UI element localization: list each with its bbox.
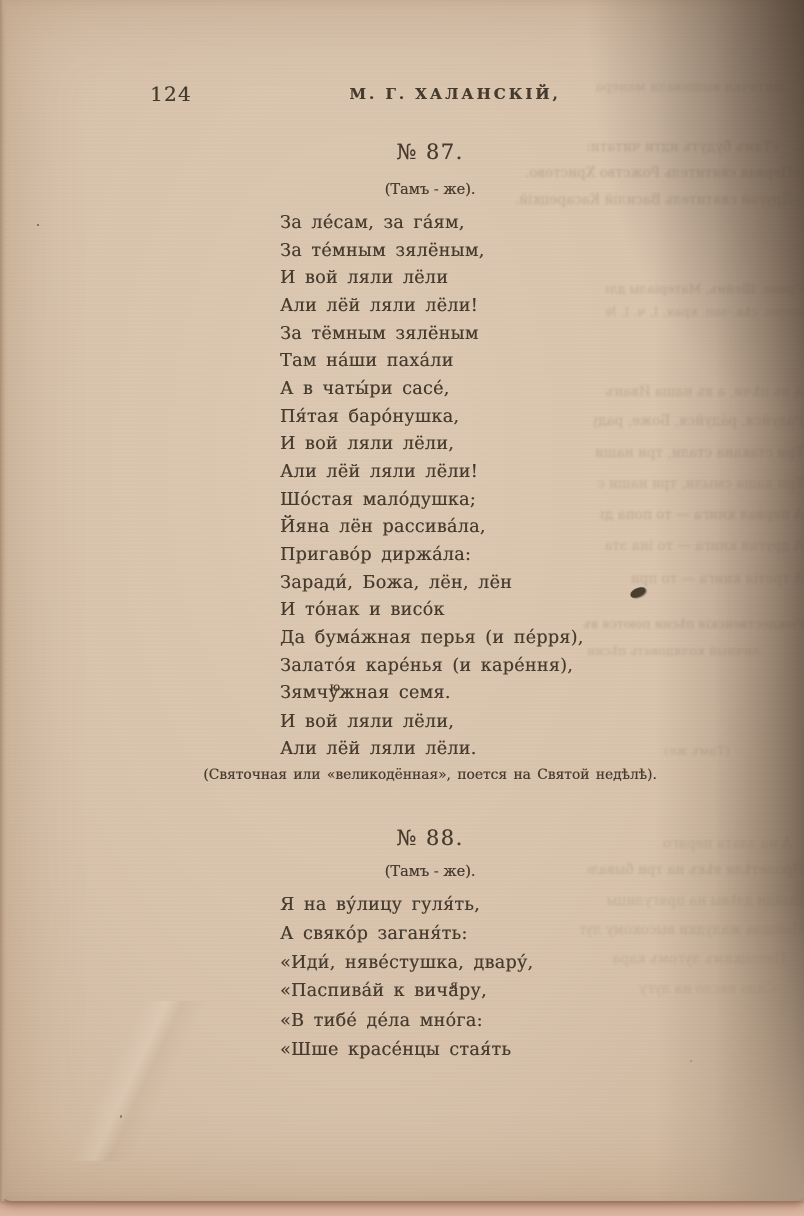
- poem-line: А в чаты́ри сасе́,: [280, 376, 584, 404]
- poem-line: Я на ву́лицу гуля́ть,: [280, 891, 533, 920]
- scanned-book-page: нитачки вышивали манера «Тамъ будутъ идт…: [0, 0, 804, 1216]
- poem-line: Пя́тая баро́нушка,: [280, 404, 584, 432]
- ink-smudge: [629, 586, 647, 600]
- scan-background: [0, 1199, 804, 1216]
- poem-line: Йяна лён рассива́ла,: [280, 514, 584, 542]
- poem-line: Али лёй ляли лёли.: [280, 736, 584, 764]
- poem-line: «Шше красе́нцы стая́ть: [280, 1036, 533, 1065]
- poem-line: За те́мным зялёным,: [280, 238, 584, 266]
- bottom-right-highlight: [604, 861, 804, 1201]
- book-page: нитачки вышивали манера «Тамъ будутъ идт…: [0, 0, 804, 1201]
- song-87-text: За ле́сам, за га́ям, За те́мным зялёным,…: [280, 210, 584, 764]
- poem-line: Да бума́жная перья (и пе́рря),: [280, 625, 584, 653]
- poem-line: За ле́сам, за га́ям,: [280, 210, 584, 238]
- poem-line: Али лёй ляли лёли!: [280, 293, 584, 321]
- gutter-shadow: [584, 0, 804, 420]
- paper-speck: [37, 224, 39, 226]
- poem-line: За тёмным зялёным: [280, 321, 584, 349]
- poem-line: Залато́я каре́нья (и каре́ння),: [280, 653, 584, 681]
- song-88-text: Я на ву́лицу гуля́ть, А свяко́р заганя́т…: [280, 891, 533, 1065]
- poem-line: И то́нак и висо́к: [280, 597, 584, 625]
- poem-line: И вой ляли лёли,: [280, 431, 584, 459]
- poem-line: Зямчуюжная семя.: [280, 680, 584, 709]
- poem-line: И вой ляли лёли: [280, 265, 584, 293]
- poem-line: Шо́стая мало́душка;: [280, 487, 584, 515]
- poem-line: Там на́ши паха́ли: [280, 348, 584, 376]
- poem-line: «Паспива́й к вичаяру,: [280, 977, 533, 1007]
- paper-crease: [0, 1001, 290, 1161]
- poem-line: Али лёй ляли лёли!: [280, 459, 584, 487]
- poem-line: А свяко́р заганя́ть:: [280, 920, 533, 949]
- poem-line: Заради́, Божа, лён, лён: [280, 570, 584, 598]
- page-left-edge: [0, 0, 6, 1201]
- poem-line: «В тибе́ де́ла мно́га:: [280, 1007, 533, 1036]
- paper-speck: [120, 1115, 122, 1118]
- poem-line: Пригаво́р диржа́ла:: [280, 542, 584, 570]
- poem-line: «Иди́, няве́стушка, двару́,: [280, 949, 533, 978]
- page-number: 124: [150, 82, 192, 106]
- poem-line: И вой ляли лёли,: [280, 709, 584, 737]
